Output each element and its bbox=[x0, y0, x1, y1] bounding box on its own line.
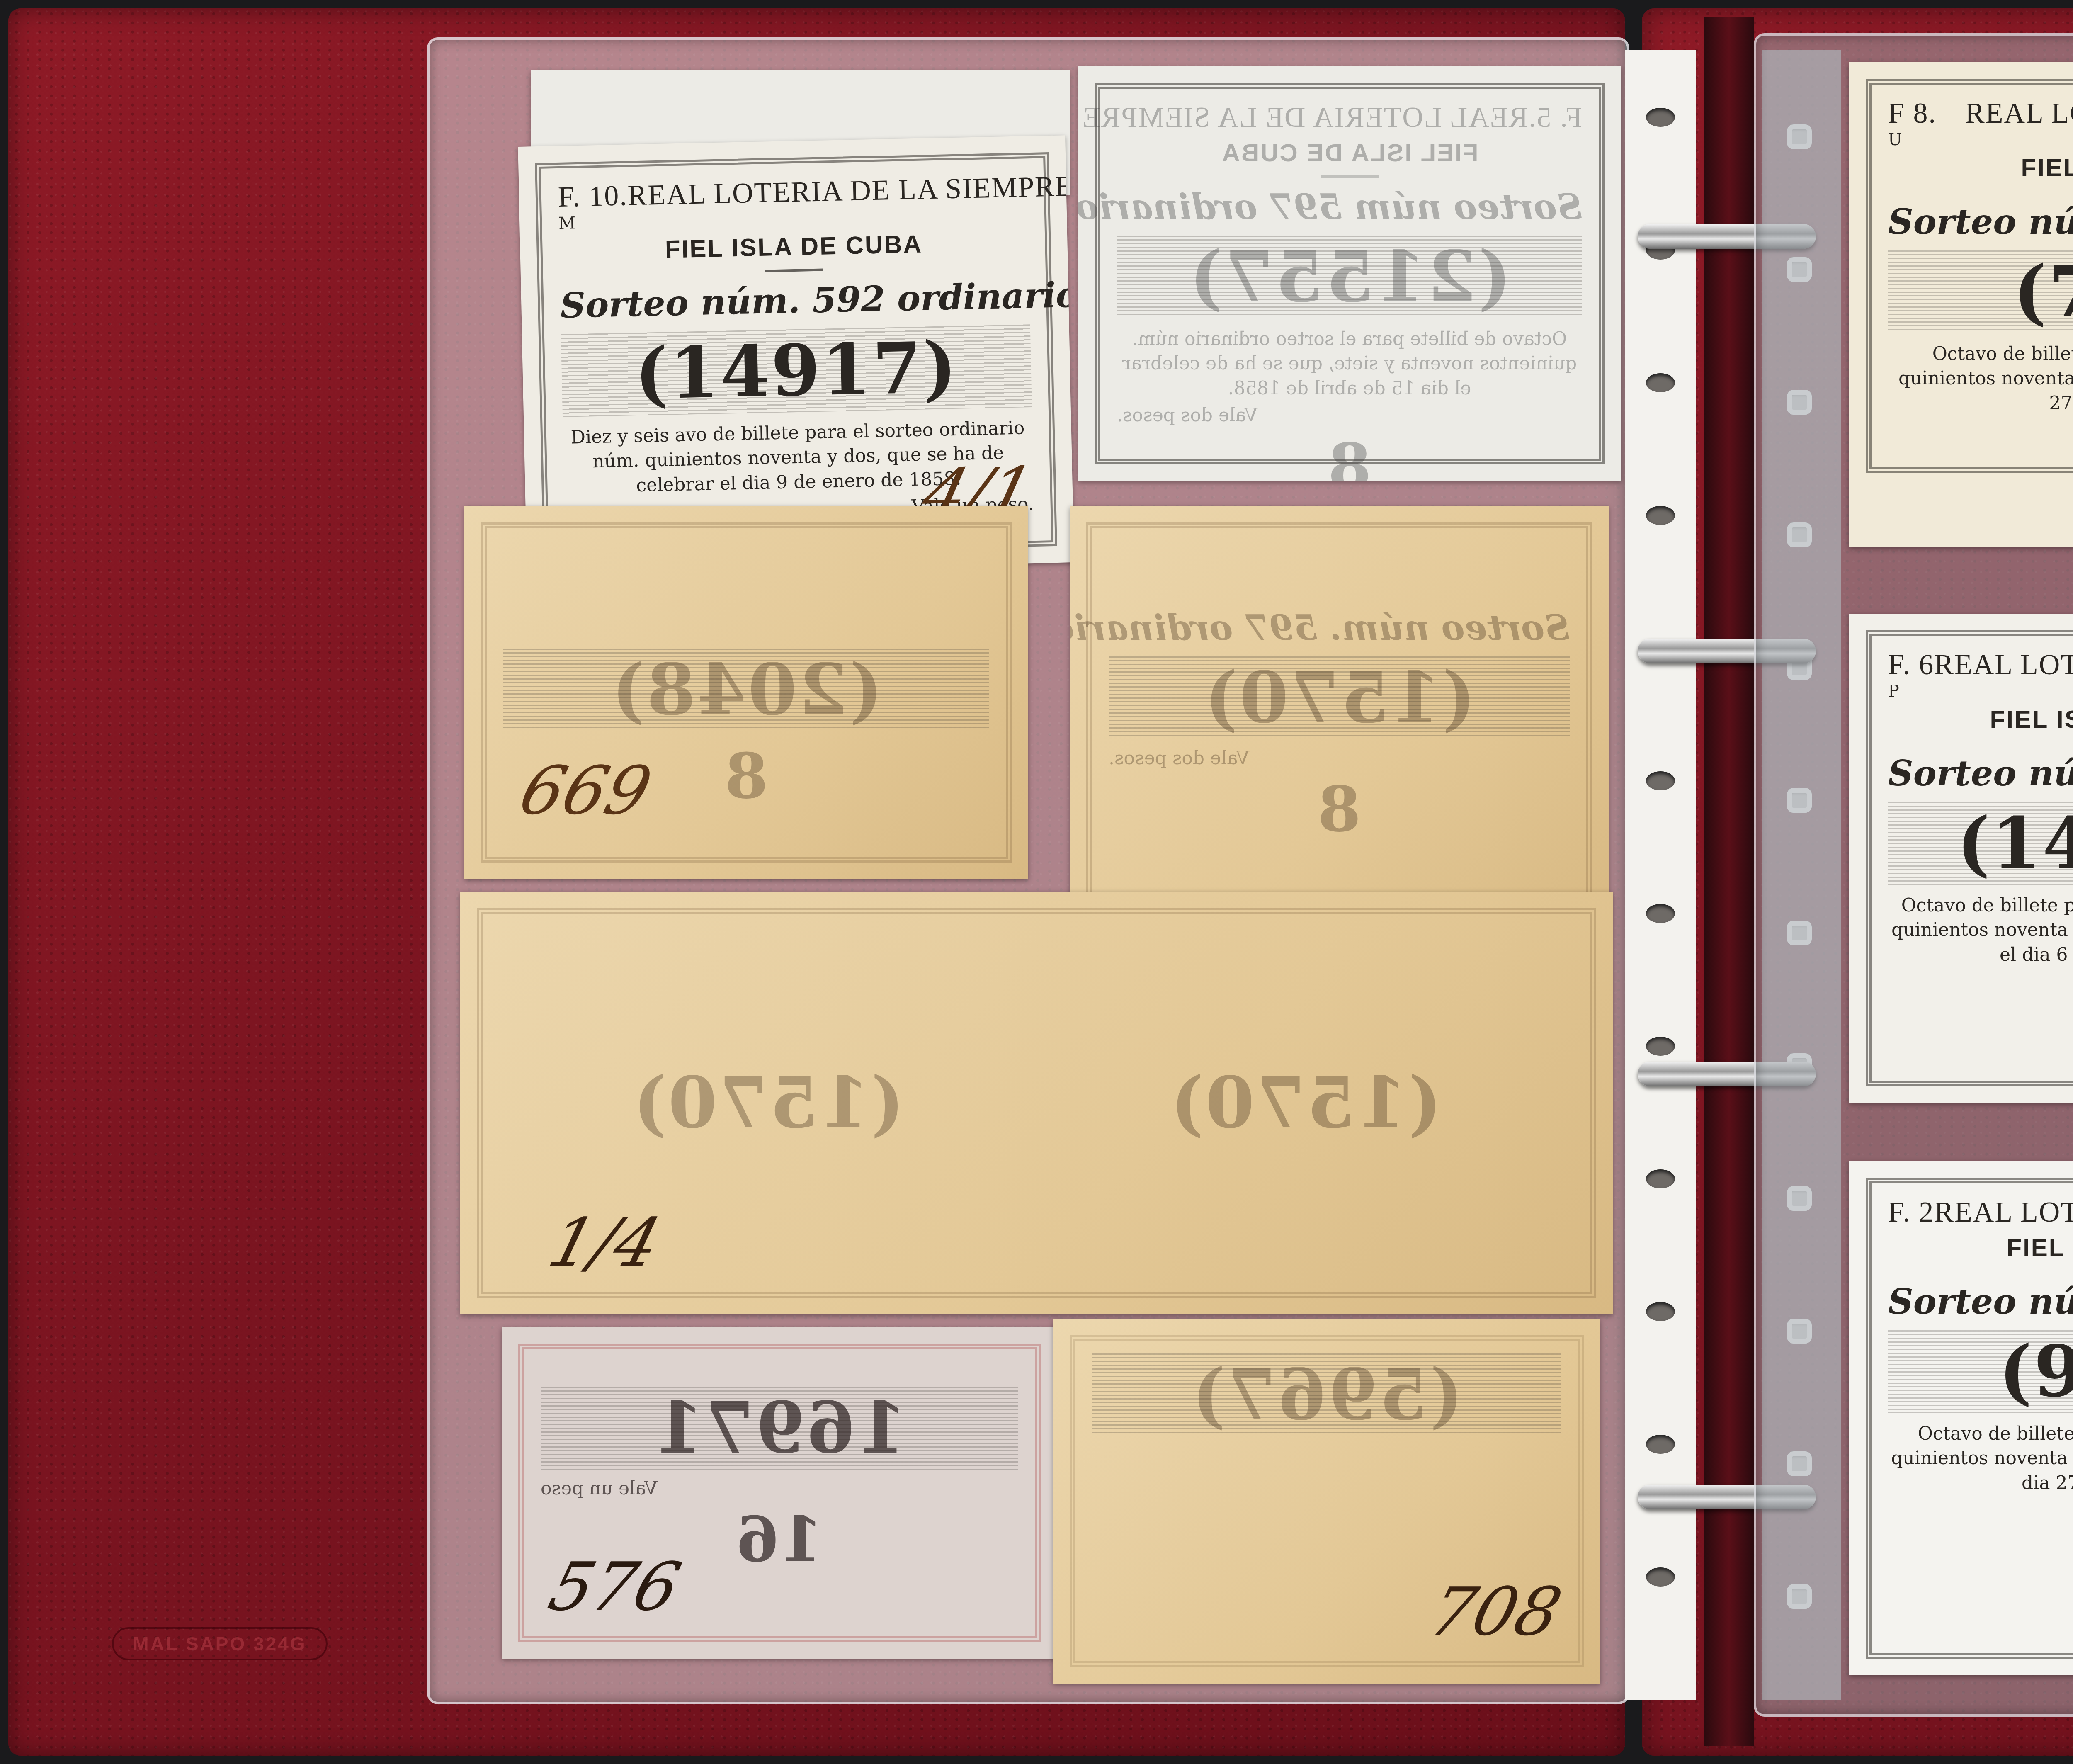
punch-hole bbox=[1646, 108, 1675, 127]
ticket-sorteo: Sorteo núm. 592 ordinario. bbox=[560, 275, 1030, 326]
ticket-description: Octavo de billete para el sorteo ordinar… bbox=[1117, 327, 1582, 401]
ticket-number: (7428) bbox=[2013, 250, 2073, 333]
punch-hole bbox=[1646, 1567, 1675, 1587]
ticket-16971-mirrored: 16971 Vale un peso 16 576 bbox=[502, 1327, 1057, 1659]
ticket-series: F 8. bbox=[1888, 97, 1937, 130]
handwritten-mark: 576 bbox=[541, 1548, 688, 1626]
ticket-series: F. 10. bbox=[558, 179, 628, 214]
ticket-number: (1570) bbox=[1169, 1062, 1442, 1144]
punch-hole bbox=[1646, 1435, 1675, 1454]
punch-hole bbox=[1646, 506, 1675, 525]
ticket-subtitle: FIEL ISLA DE CUBA bbox=[559, 227, 1029, 266]
ticket-number: (1570) bbox=[631, 1062, 904, 1144]
binder-album: MAL SAPO 324G F. 10.REAL LOTERIA DE LA S… bbox=[0, 0, 2073, 1764]
ticket-letter: M bbox=[558, 214, 576, 233]
ticket-number: (14917) bbox=[634, 326, 959, 415]
handwritten-mark: 708 bbox=[1422, 1573, 1569, 1650]
ticket-title: REAL LOTERIA DE LA SIEMPRE bbox=[1934, 649, 2073, 682]
ticket-1570-pair-mirrored: (1570) (1570) 1/4 bbox=[460, 892, 1613, 1314]
ticket-9548: F. 2REAL LOTERIA DE LA SIEMPREÑ FIEL ISL… bbox=[1849, 1161, 2073, 1675]
ticket-sorteo: Sorteo núm. 597 ordinario bbox=[1109, 607, 1570, 648]
ticket-5967-mirrored: (5967) 708 bbox=[1053, 1319, 1600, 1684]
ticket-sorteo: Sorteo núm. 598 ordinario. bbox=[1888, 753, 2073, 794]
ticket-fraction: 8 bbox=[1117, 430, 1582, 481]
ticket-number: (14552) bbox=[1957, 802, 2073, 885]
punch-hole bbox=[1646, 904, 1675, 923]
ticket-value: Vale dos pesos. bbox=[1117, 405, 1582, 426]
divider bbox=[1321, 175, 1379, 178]
punch-hole bbox=[1646, 1037, 1675, 1056]
ticket-number: (1570) bbox=[1203, 656, 1476, 739]
ticket-value: Vale dos pesos. bbox=[1109, 748, 1570, 769]
ticket-sorteo: Sorteo núm. 596 ordinario. bbox=[1888, 201, 2073, 242]
ticket-1570a-mirrored: Sorteo núm. 597 ordinario (1570) Vale do… bbox=[1070, 506, 1609, 921]
ticket-series: F. 5. bbox=[1528, 101, 1582, 134]
ticket-7428: F 8.REAL LOTERIA DE LA SIEMPRE U FIEL IS… bbox=[1849, 62, 2073, 547]
ticket-letter: U bbox=[1888, 130, 1902, 149]
ticket-sorteo: Sorteo núm 597 ordinario bbox=[1117, 186, 1582, 227]
ticket-21557-mirrored: F. 5.REAL LOTERIA DE LA SIEMPRE FIEL ISL… bbox=[1078, 66, 1621, 481]
punch-hole bbox=[1646, 771, 1675, 790]
ticket-subtitle: FIEL ISLA DE CUBA bbox=[1888, 705, 2073, 734]
ticket-number: (21557) bbox=[1188, 236, 1511, 318]
embossed-brand-label: MAL SAPO 324G bbox=[112, 1627, 328, 1660]
ticket-subtitle: FIEL ISLA DE CUBA bbox=[1888, 153, 2073, 182]
divider bbox=[765, 269, 823, 272]
left-sleeve-punch-strip bbox=[1625, 50, 1696, 1700]
ticket-14552: F. 6REAL LOTERIA DE LA SIEMPRE P FIEL IS… bbox=[1849, 614, 2073, 1103]
ticket-number: (5967) bbox=[1190, 1353, 1463, 1436]
handwritten-mark: 1/4 bbox=[541, 1204, 669, 1281]
ticket-value: Vale dos pesos bbox=[1888, 1499, 2073, 1521]
ticket-number: 16971 bbox=[653, 1387, 906, 1470]
ticket-series: F. 6 bbox=[1888, 649, 1934, 682]
ticket-number: (9548) bbox=[1999, 1330, 2073, 1413]
ticket-description: Octavo de billete para el sorteo ordinar… bbox=[1888, 342, 2073, 415]
ticket-number: (2048) bbox=[610, 649, 883, 731]
ticket-value: Vale un peso bbox=[541, 1478, 1018, 1499]
ticket-sorteo: Sorteo núm. 599 ordinario bbox=[1888, 1281, 2073, 1322]
ticket-fraction: 8 bbox=[1888, 445, 2073, 518]
ticket-series: F. 2 bbox=[1888, 1196, 1934, 1229]
ticket-value: Vale dos pesos. bbox=[1888, 971, 2073, 992]
punch-hole bbox=[1646, 373, 1675, 392]
ticket-subtitle: FIEL ISLA DE CUBA bbox=[1117, 138, 1582, 167]
ticket-subtitle: FIEL ISLA DE CUBA bbox=[1888, 1233, 2073, 1262]
ticket-fraction: 8 bbox=[1888, 996, 2073, 1069]
ticket-title: REAL LOTERIA DE LA SIEMPRE bbox=[1082, 101, 1528, 134]
punch-hole bbox=[1646, 1169, 1675, 1188]
ticket-description: Octavo de billete para el sorteo ordinar… bbox=[1888, 893, 2073, 967]
ticket-description: Octavo de billete para el sorteo ordinar… bbox=[1888, 1421, 2073, 1495]
ticket-title: REAL LOTERIA DE LA SIEMPRE bbox=[1965, 97, 2073, 130]
ticket-fraction: 8 bbox=[1109, 773, 1570, 846]
ticket-fraction: 8 bbox=[1888, 1525, 2073, 1598]
ticket-title: REAL LOTERIA DE LA SIEMPRE bbox=[1934, 1196, 2073, 1229]
punch-hole bbox=[1646, 1302, 1675, 1321]
ticket-letter: P bbox=[1888, 682, 1899, 701]
handwritten-mark: 669 bbox=[512, 752, 659, 829]
ticket-value: Vale dos pesos bbox=[1888, 420, 2073, 441]
ticket-2048-mirrored: (2048) 8 669 bbox=[464, 506, 1028, 879]
